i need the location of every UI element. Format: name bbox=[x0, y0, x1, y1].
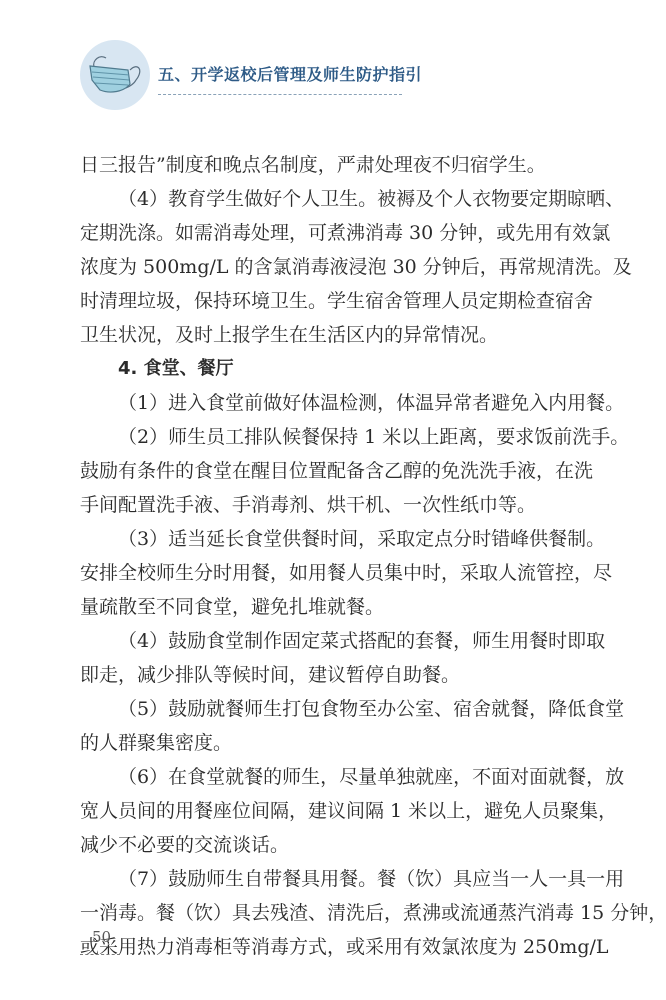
text-line: （1）进入食堂前做好体温检测，体温异常者避免入内用餐。 bbox=[80, 386, 558, 420]
title-underline-divider bbox=[158, 94, 402, 95]
text-line: 定期洗涤。如需消毒处理，可煮沸消毒 30 分钟，或先用有效氯 bbox=[80, 216, 558, 250]
chapter-header: 五、开学返校后管理及师生防护指引 bbox=[80, 40, 500, 120]
text-line: 减少不必要的交流谈话。 bbox=[80, 828, 558, 862]
text-line: （4）教育学生做好个人卫生。被褥及个人衣物要定期晾晒、 bbox=[80, 182, 558, 216]
text-line: 的人群聚集密度。 bbox=[80, 726, 558, 760]
chapter-title: 五、开学返校后管理及师生防护指引 bbox=[158, 62, 422, 85]
text-line: 安排全校师生分时用餐，如用餐人员集中时，采取人流管控，尽 bbox=[80, 556, 558, 590]
section-heading: 4. 食堂、餐厅 bbox=[80, 352, 558, 386]
page-number: 50 bbox=[80, 928, 120, 946]
text-line: 浓度为 500mg/L 的含氯消毒液浸泡 30 分钟后，再常规清洗。及 bbox=[80, 250, 558, 284]
text-line: （2）师生员工排队候餐保持 1 米以上距离，要求饭前洗手。 bbox=[80, 420, 558, 454]
text-line: 日三报告”制度和晚点名制度，严肃处理夜不归宿学生。 bbox=[80, 148, 558, 182]
text-line: 即走，减少排队等候时间，建议暂停自助餐。 bbox=[80, 658, 558, 692]
text-line: 宽人员间的用餐座位间隔，建议间隔 1 米以上，避免人员聚集， bbox=[80, 794, 558, 828]
text-line: 一消毒。餐（饮）具去残渣、清洗后，煮沸或流通蒸汽消毒 15 分钟， bbox=[80, 896, 558, 930]
page-footer: 50 bbox=[80, 928, 120, 955]
text-line: 鼓励有条件的食堂在醒目位置配备含乙醇的免洗洗手液，在洗 bbox=[80, 454, 558, 488]
text-line: 时清理垃圾，保持环境卫生。学生宿舍管理人员定期检查宿舍 bbox=[80, 284, 558, 318]
text-line: 卫生状况，及时上报学生在生活区内的异常情况。 bbox=[80, 318, 558, 352]
text-line: （6）在食堂就餐的师生，尽量单独就座，不面对面就餐，放 bbox=[80, 760, 558, 794]
text-line: （5）鼓励就餐师生打包食物至办公室、宿舍就餐，降低食堂 bbox=[80, 692, 558, 726]
face-mask-icon bbox=[80, 40, 150, 110]
text-line: 量疏散至不同食堂，避免扎堆就餐。 bbox=[80, 590, 558, 624]
text-line: （4）鼓励食堂制作固定菜式搭配的套餐，师生用餐时即取 bbox=[80, 624, 558, 658]
text-line: （3）适当延长食堂供餐时间，采取定点分时错峰供餐制。 bbox=[80, 522, 558, 556]
footer-divider bbox=[80, 954, 120, 955]
page-body: 日三报告”制度和晚点名制度，严肃处理夜不归宿学生。 （4）教育学生做好个人卫生。… bbox=[80, 148, 558, 964]
text-line: 或采用热力消毒柜等消毒方式，或采用有效氯浓度为 250mg/L bbox=[80, 930, 558, 964]
text-line: 手间配置洗手液、手消毒剂、烘干机、一次性纸巾等。 bbox=[80, 488, 558, 522]
text-line: （7）鼓励师生自带餐具用餐。餐（饮）具应当一人一具一用 bbox=[80, 862, 558, 896]
